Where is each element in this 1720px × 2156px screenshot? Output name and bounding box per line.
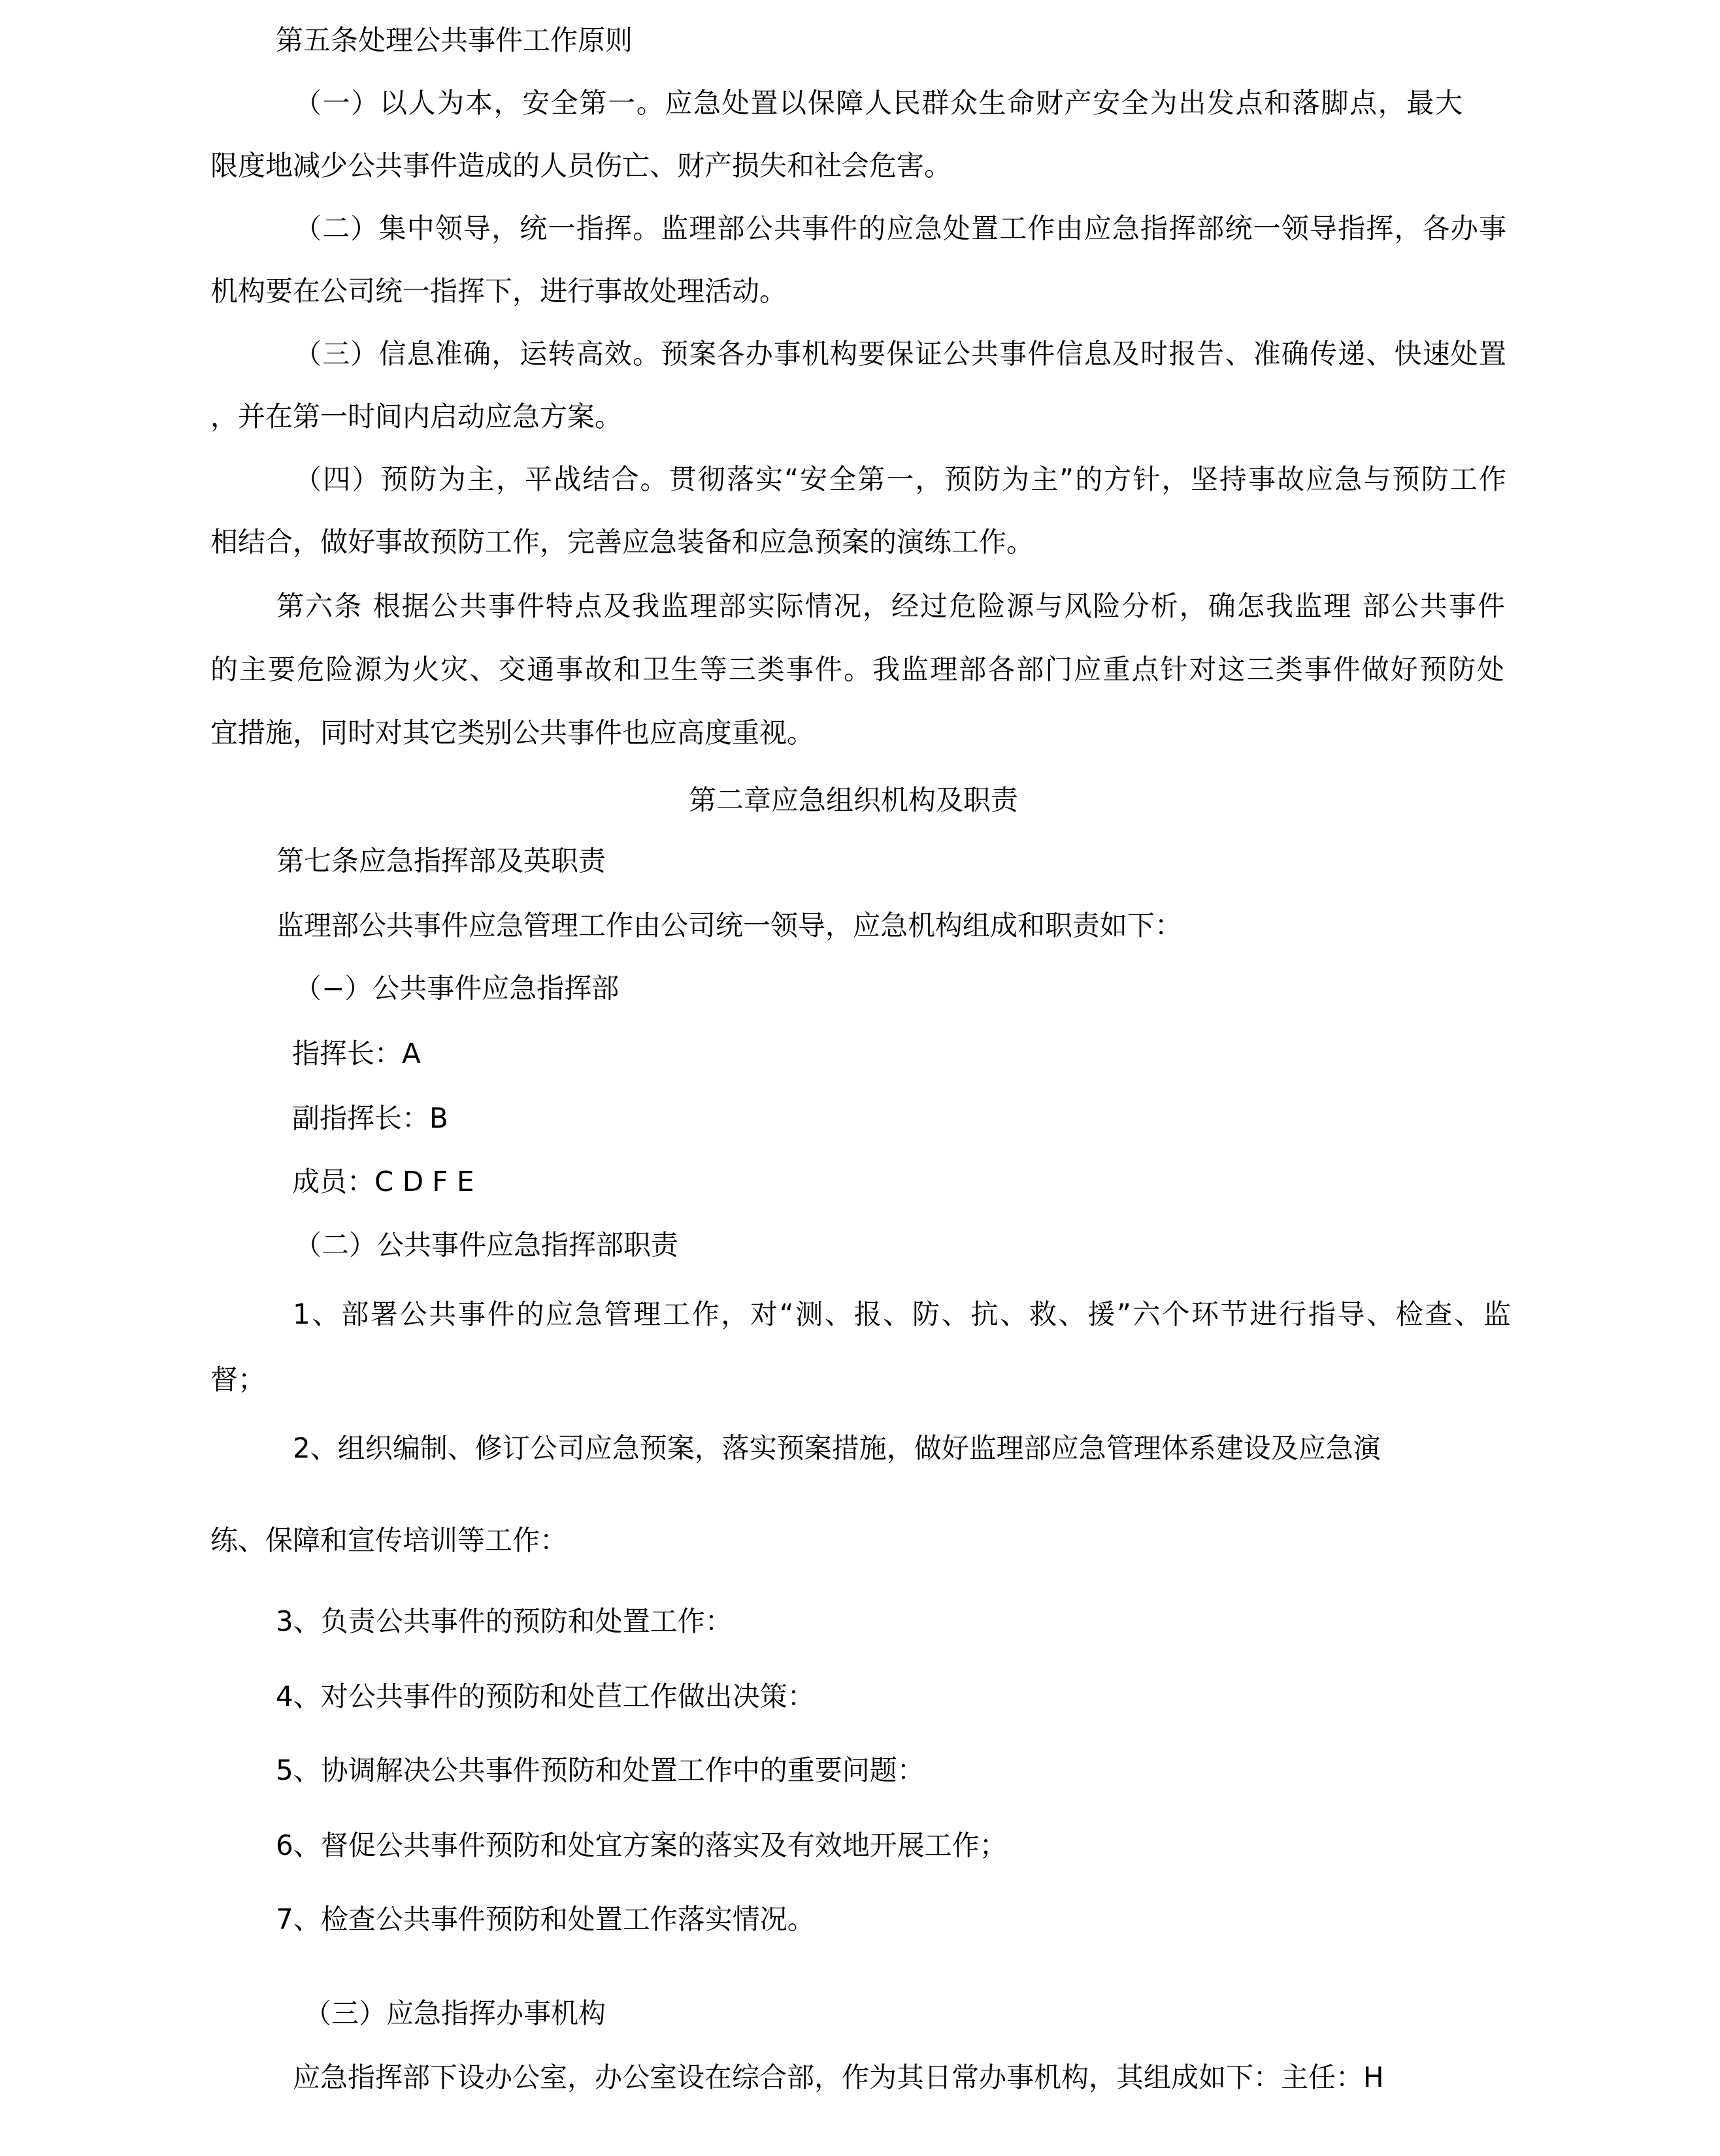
section5-principle3-line1: （三）信息准确，运转高效。预案各办事机构要保证公共事件信息及时报告、准确传递、快… bbox=[294, 338, 1506, 370]
duty-item-4: 4、对公共事件的预防和处苣工作做出决策： bbox=[276, 1680, 815, 1713]
section5-principle3-line2: ，并在第一时间内启动应急方案。 bbox=[210, 400, 622, 433]
office-description: 应急指挥部下设办公室，办公室设在综合部，作为其日常办事机构，其组成如下：主任：H bbox=[293, 2061, 1384, 2094]
document-page: 第五条处理公共事件工作原则 （一）以人为本，安全第一。应急处置以保障人民群众生命… bbox=[0, 0, 1720, 2156]
section5-principle4-line1: （四）预防为主，平战结合。贯彻落实“安全第一，预防为主”的方针，坚持事故应急与预… bbox=[294, 463, 1506, 496]
section6-line3: 宜措施，同时对其它类别公共事件也应高度重视。 bbox=[210, 717, 814, 749]
duty-item-6: 6、督促公共事件预防和处宜方案的落实及有效地开展工作； bbox=[276, 1829, 1007, 1862]
duty-item-5: 5、协调解决公共事件预防和处置工作中的重要问题： bbox=[276, 1754, 925, 1787]
duty-item-1-line1: 1、部署公共事件的应急管理工作，对“测、报、防、抗、救、援”六个环节进行指导、检… bbox=[293, 1298, 1511, 1331]
command-center-heading: （−）公共事件应急指挥部 bbox=[294, 972, 619, 1005]
section5-principle2-line1: （二）集中领导，统一指挥。监理部公共事件的应急处置工作由应急指挥部统一领导指挥，… bbox=[294, 212, 1506, 245]
duty-item-2-line2: 练、保障和宣传培训等工作： bbox=[210, 1524, 567, 1557]
chapter-title: 第二章应急组织机构及职责 bbox=[689, 784, 1018, 817]
duty-item-2-line1: 2、组织编制、修订公司应急预案，落实预案措施，做好监理部应急管理体系建设及应急演 bbox=[293, 1432, 1381, 1465]
commander-field: 指挥长：A bbox=[292, 1037, 421, 1070]
section5-principle4-line2: 相结合，做好事故预防工作，完善应急装备和应急预案的演练工作。 bbox=[210, 526, 1034, 559]
section7-heading: 第七条应急指挥部及英职责 bbox=[276, 845, 606, 877]
section5-principle2-line2: 机构要在公司统一指挥下，进行事故处理活动。 bbox=[210, 275, 787, 308]
section6-line2: 的主要危险源为火灾、交通事故和卫生等三类事件。我监理部各部门应重点针对这三类事件… bbox=[210, 653, 1504, 686]
duty-item-7: 7、检查公共事件预防和处置工作落实情况。 bbox=[276, 1903, 815, 1936]
deputy-commander-field: 副指挥长：B bbox=[292, 1102, 448, 1135]
command-duties-heading: （二）公共事件应急指挥部职责 bbox=[294, 1229, 678, 1262]
duty-item-3: 3、负责公共事件的预防和处置工作： bbox=[276, 1605, 733, 1638]
section6-line1: 第六条 根据公共事件特点及我监理部实际情况，经过危险源与风险分析，确怎我监理 部… bbox=[276, 590, 1505, 623]
section5-principle1-line1: （一）以人为本，安全第一。应急处置以保障人民群众生命财产安全为出发点和落脚点，最… bbox=[294, 87, 1463, 120]
members-field: 成员：C D F E bbox=[292, 1166, 474, 1198]
section5-heading: 第五条处理公共事件工作原则 bbox=[276, 24, 633, 57]
section7-intro: 监理部公共事件应急管理工作由公司统一领导，应急机构组成和职责如下： bbox=[276, 909, 1182, 942]
office-heading: （三）应急指挥办事机构 bbox=[304, 1997, 606, 2030]
duty-item-1-line2: 督； bbox=[210, 1364, 265, 1396]
section5-principle1-line2: 限度地减少公共事件造成的人员伤亡、财产损失和社会危害。 bbox=[210, 150, 951, 182]
